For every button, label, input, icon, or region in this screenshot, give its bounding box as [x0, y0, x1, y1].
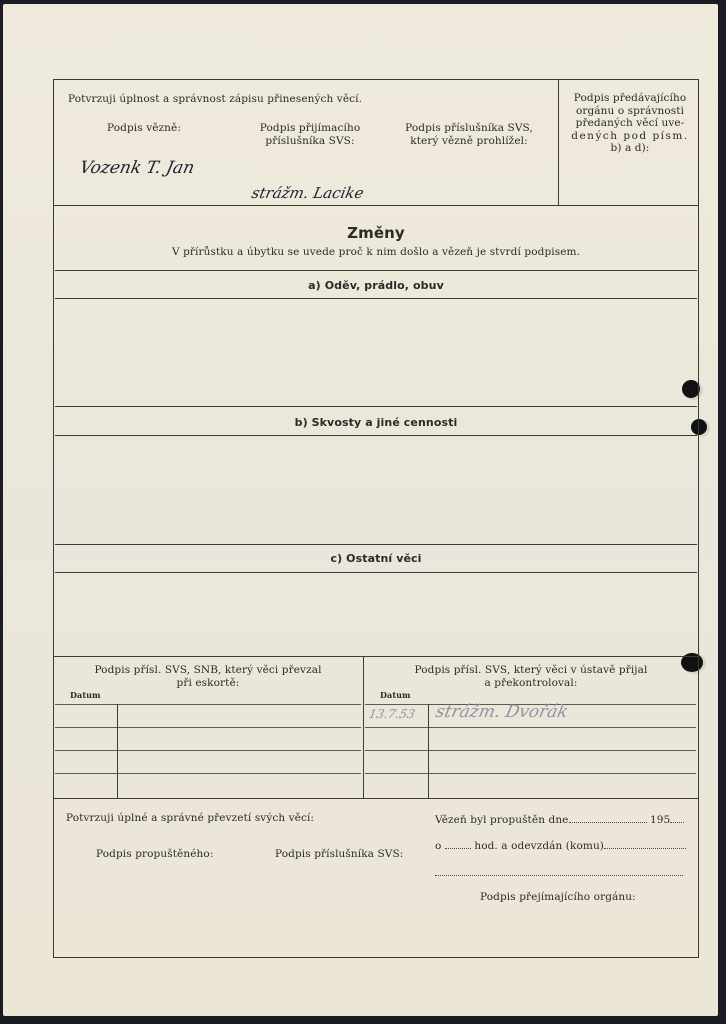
release-time-line: o hod. a odevzdán (komu) — [435, 840, 686, 852]
table-row-line — [365, 750, 696, 751]
divider — [53, 798, 699, 799]
divider — [55, 544, 697, 545]
release-hour-field[interactable] — [445, 848, 471, 849]
release-year-field[interactable] — [670, 822, 684, 823]
divider — [55, 435, 697, 436]
table-row-line — [55, 750, 361, 751]
confirm-entry-text: Potvrzuji úplnost a správnost zápisu při… — [68, 93, 362, 105]
release-date-line: Vězeň byl propuštěn dne 195 — [435, 814, 684, 826]
divider — [55, 298, 697, 299]
table-row-line — [365, 773, 696, 774]
release-confirm-text: Potvrzuji úplné a správné převzetí svých… — [66, 812, 314, 824]
escort-header: Podpis přísl. SVS, SNB, který věci převz… — [55, 664, 361, 690]
divider — [558, 79, 559, 205]
divider — [53, 205, 699, 206]
divider — [363, 656, 364, 798]
receiving-officer-signature: strážm. Lacike — [250, 184, 365, 202]
inspector-officer-label: Podpis příslušníka SVS, který vězně proh… — [394, 122, 544, 148]
table-row-line — [55, 727, 361, 728]
form-frame — [53, 79, 699, 958]
prisoner-signature-label: Podpis vězně: — [107, 122, 181, 134]
institution-row-date: 13.7.53 — [368, 707, 417, 721]
released-signature-label: Podpis propuštěného: — [96, 848, 213, 860]
institution-date-label: Datum — [380, 690, 411, 700]
changes-title: Změny — [53, 224, 699, 242]
prisoner-signature: Vozenk T. Jan — [78, 158, 196, 178]
section-b-heading: b) Skvosty a jiné cennosti — [53, 416, 699, 429]
section-a-heading: a) Oděv, prádlo, obuv — [53, 279, 699, 292]
receiving-officer-label: Podpis přijímacího příslušníka SVS: — [245, 122, 375, 148]
receiving-org-signature-label: Podpis přejímajícího orgánu: — [480, 891, 636, 903]
divider — [55, 270, 697, 271]
institution-row-signature: strážm. Dvořák — [434, 702, 570, 722]
handover-authority-box: Podpis předávajícího orgánu o správnosti… — [562, 92, 698, 155]
date-column-divider — [428, 704, 429, 798]
handed-over-to-field[interactable] — [604, 848, 686, 849]
section-c-heading: c) Ostatní věci — [53, 552, 699, 565]
table-row-line — [55, 773, 361, 774]
changes-subtitle: V přírůstku a úbytku se uvede proč k nim… — [53, 246, 699, 258]
table-row-line — [55, 704, 361, 705]
divider — [55, 572, 697, 573]
divider — [55, 406, 697, 407]
svs-signature-label: Podpis příslušníka SVS: — [275, 848, 403, 860]
date-column-divider — [117, 704, 118, 798]
table-row-line — [365, 727, 696, 728]
divider — [53, 656, 699, 657]
release-date-field[interactable] — [569, 822, 647, 823]
institution-header: Podpis přísl. SVS, který věci v ústavě p… — [366, 664, 696, 690]
escort-date-label: Datum — [70, 690, 101, 700]
handed-over-continuation-field[interactable] — [435, 875, 683, 876]
